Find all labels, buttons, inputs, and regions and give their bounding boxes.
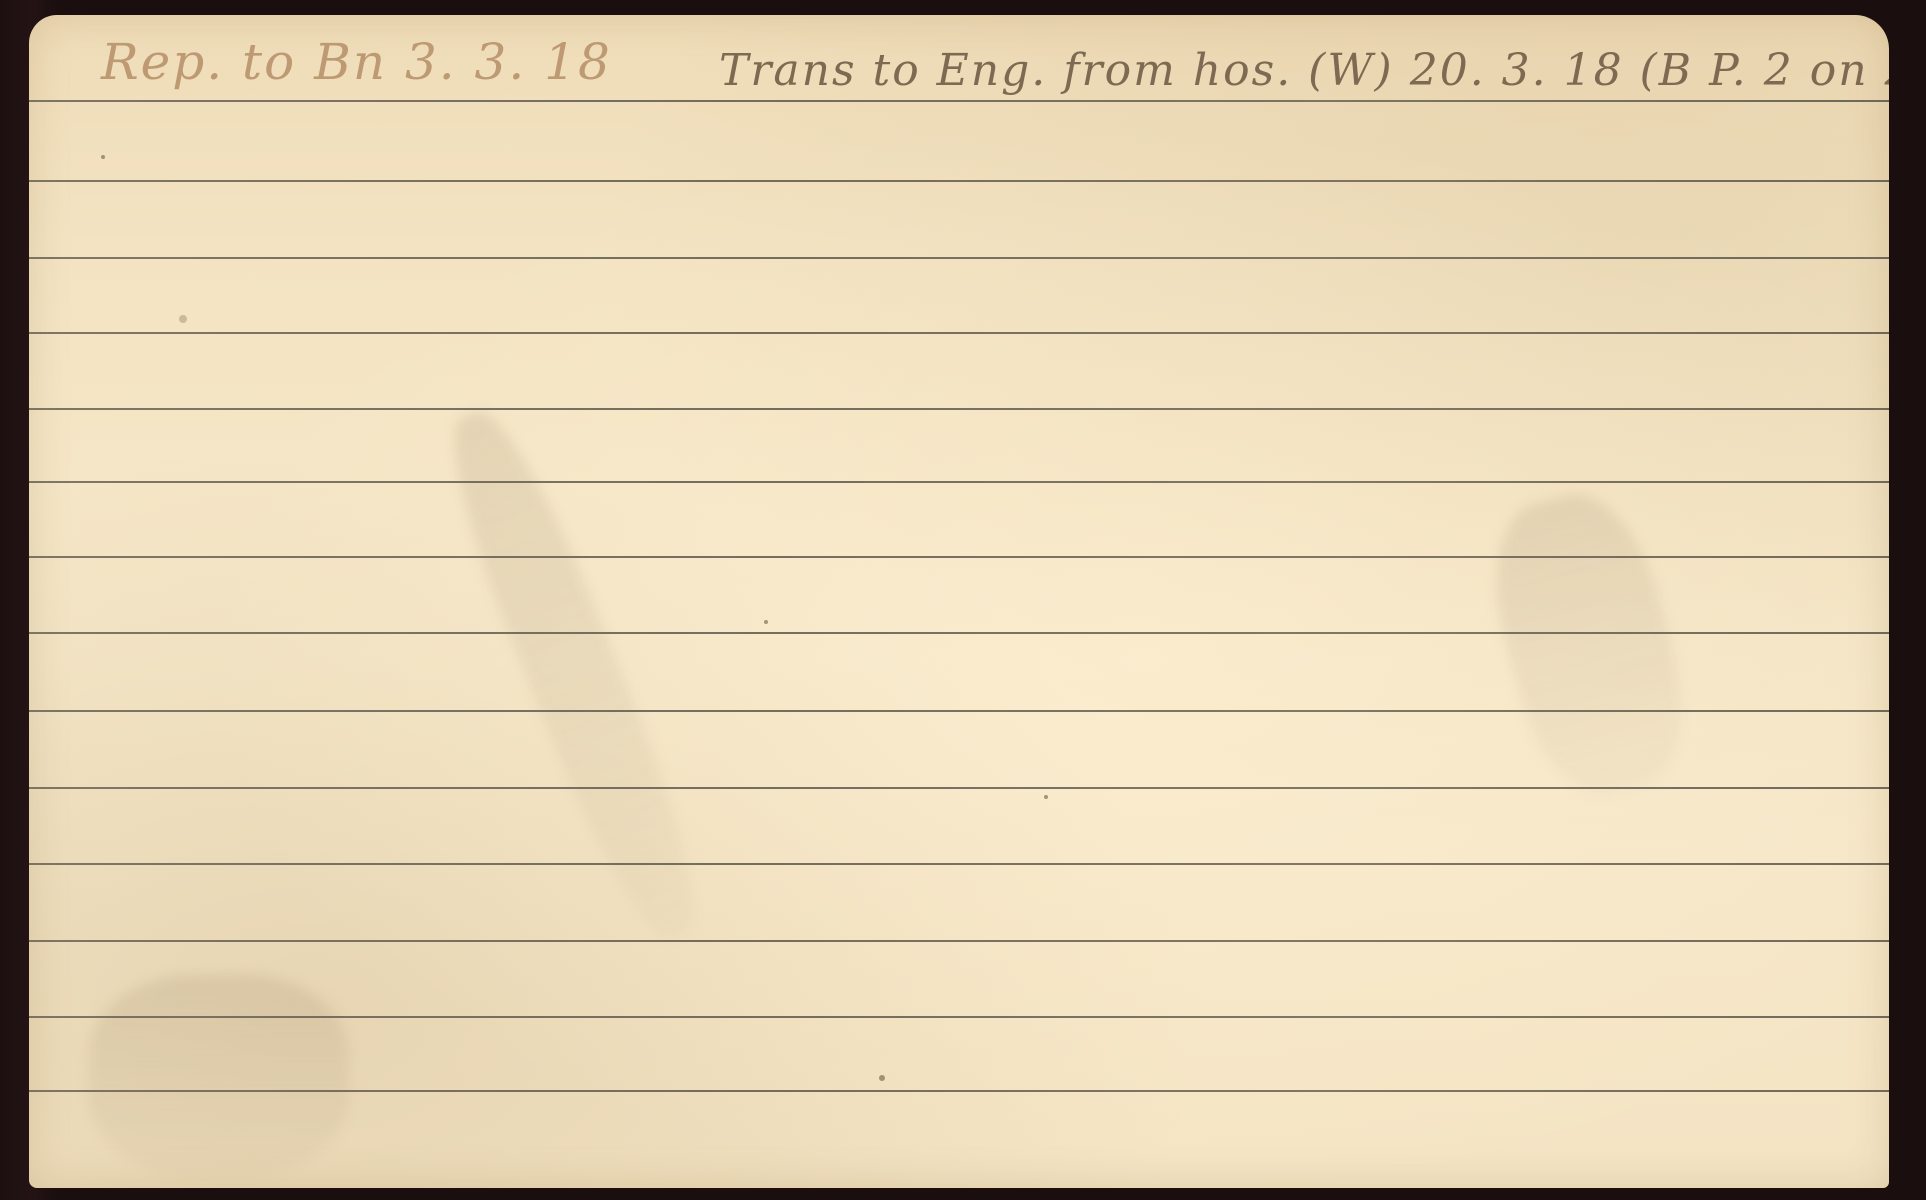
- ruled-line: [29, 632, 1889, 634]
- ink-speck: [179, 315, 187, 323]
- ruled-line: [29, 787, 1889, 789]
- ruled-line: [29, 100, 1889, 102]
- ruled-line: [29, 940, 1889, 942]
- ruled-line: [29, 863, 1889, 865]
- stain-right: [1473, 479, 1705, 810]
- ink-speck: [764, 620, 768, 624]
- handwritten-entry-reported: Rep. to Bn 3. 3. 18: [101, 33, 612, 91]
- ruled-line: [29, 180, 1889, 182]
- ruled-line: [29, 481, 1889, 483]
- ink-speck: [1044, 795, 1048, 799]
- ruled-line: [29, 556, 1889, 558]
- ink-speck: [879, 1075, 885, 1081]
- ruled-line: [29, 1016, 1889, 1018]
- handwritten-entry-transfer: Trans to Eng. from hos. (W) 20. 3. 18 (B…: [719, 45, 1889, 96]
- ruled-line: [29, 710, 1889, 712]
- ruled-line: [29, 257, 1889, 259]
- ruled-line: [29, 1090, 1889, 1092]
- stain-lower-left: [89, 975, 349, 1175]
- ruled-line: [29, 332, 1889, 334]
- ink-speck: [101, 155, 105, 159]
- ruled-line: [29, 408, 1889, 410]
- record-card: Rep. to Bn 3. 3. 18 Trans to Eng. from h…: [29, 15, 1889, 1188]
